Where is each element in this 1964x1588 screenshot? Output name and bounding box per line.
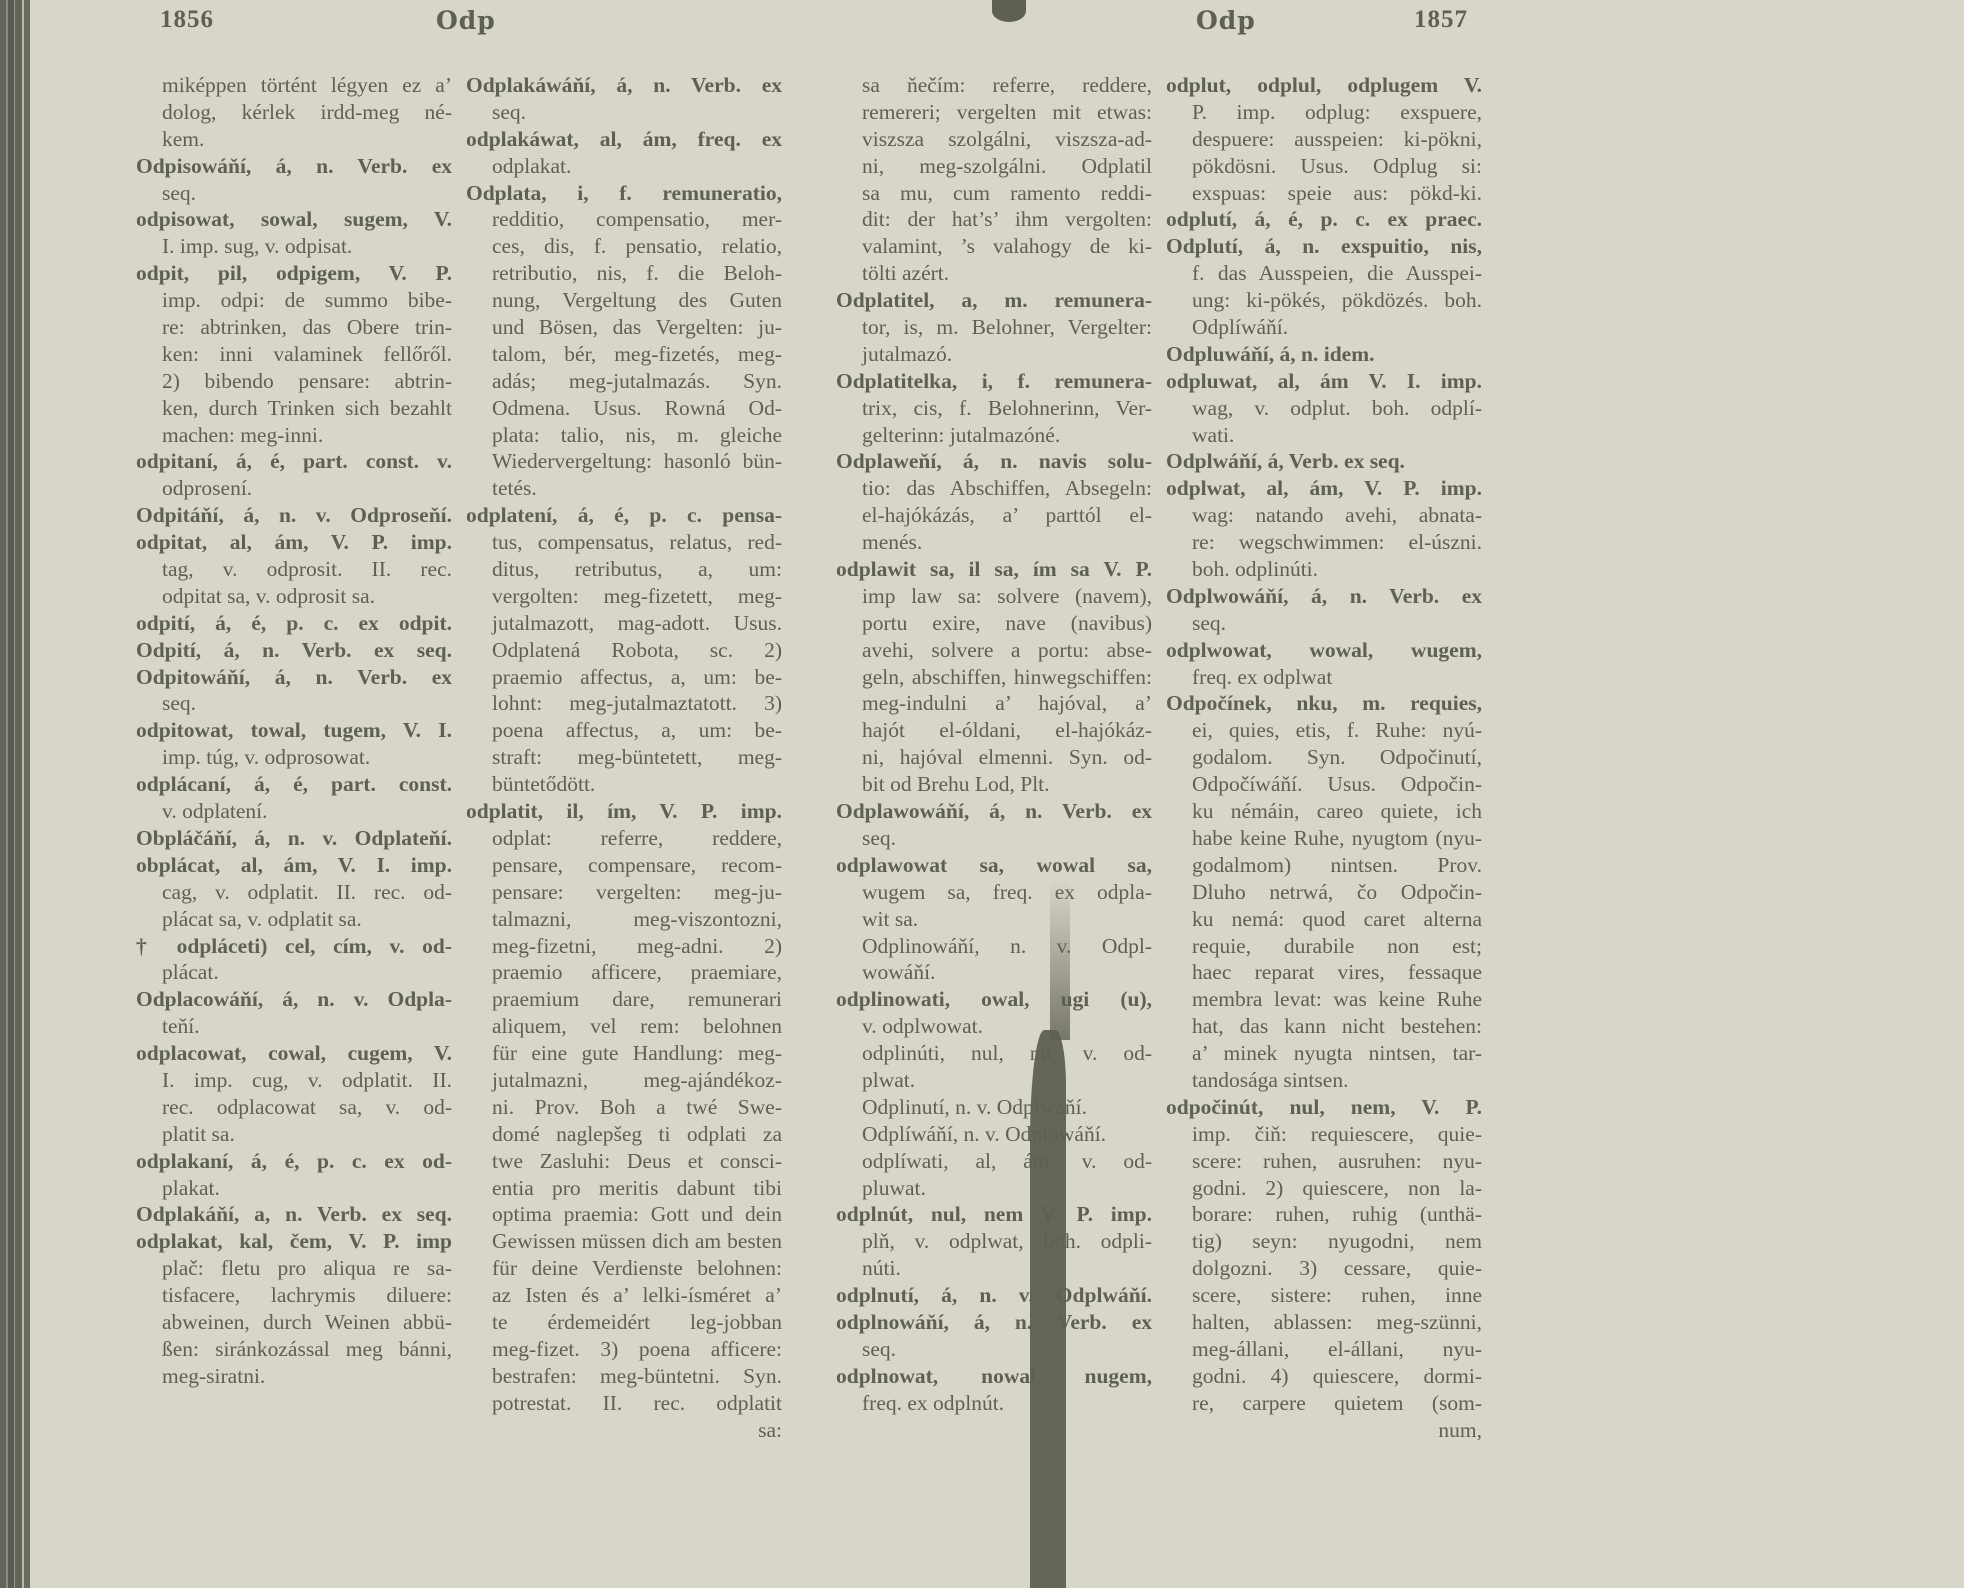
- dictionary-headword-line: odplwowat, wowal, wugem,: [1166, 637, 1482, 664]
- dictionary-text-line: imp. odpi: de summo bibe-: [136, 287, 452, 314]
- dictionary-text-line: Dluho netrwá, čo Odpočin-: [1166, 879, 1482, 906]
- dictionary-text-line: ei, quies, etis, f. Ruhe: nyú-: [1166, 717, 1482, 744]
- dictionary-text-line: tag, v. odprosit. II. rec.: [136, 556, 452, 583]
- dictionary-text-line: membra levat: was keine Ruhe: [1166, 986, 1482, 1013]
- dictionary-text-line: praemio afficere, praemiare,: [466, 959, 782, 986]
- dictionary-text-line: gelterinn: jutalmazóné.: [836, 422, 1152, 449]
- dictionary-text-line: plač: fletu pro aliqua re sa-: [136, 1255, 452, 1282]
- dictionary-text-line: Odplíwáňí, n. v. Odpluwáňí.: [836, 1121, 1152, 1148]
- dictionary-text-line: valamint, ’s valahogy de ki-: [836, 233, 1152, 260]
- dictionary-text-line: potrestat. II. rec. odplatit: [466, 1390, 782, 1417]
- dictionary-text-line: viszsza szolgálni, viszsza-ad-: [836, 126, 1152, 153]
- dictionary-text-line: el-hajókázás, a’ parttól el-: [836, 502, 1152, 529]
- dictionary-text-line: rec. odplacowat sa, v. od-: [136, 1094, 452, 1121]
- dictionary-text-line: I. imp. sug, v. odpisat.: [136, 233, 452, 260]
- dictionary-text-line: boh. odplinúti.: [1166, 556, 1482, 583]
- dictionary-text-line: borare: ruhen, ruhig (unthä-: [1166, 1201, 1482, 1228]
- dictionary-headword-line: odplnowat, nowal, nugem,: [836, 1363, 1152, 1390]
- dictionary-text-line: núti.: [836, 1255, 1152, 1282]
- dictionary-text-line: Odplinowáňí, n. v. Odpl-: [836, 933, 1152, 960]
- dictionary-headword-line: odpit, pil, odpigem, V. P.: [136, 260, 452, 287]
- dictionary-text-line: wugem sa, freq. ex odpla-: [836, 879, 1152, 906]
- dictionary-text-line: talmazni, meg-viszontozni,: [466, 906, 782, 933]
- dictionary-text-line: ung: ki-pökés, pökdözés. boh.: [1166, 287, 1482, 314]
- dictionary-text-line: praemio affectus, a, um: be-: [466, 664, 782, 691]
- dictionary-text-line: hajót el-óldani, el-hajókáz-: [836, 717, 1152, 744]
- dictionary-text-line: ku némáin, careo quiete, ich: [1166, 798, 1482, 825]
- dictionary-text-line: domé naglepšeg ti odplati za: [466, 1121, 782, 1148]
- dictionary-text-line: seq.: [836, 825, 1152, 852]
- dictionary-text-line: büntetődött.: [466, 771, 782, 798]
- dictionary-text-line: wowáňí.: [836, 959, 1152, 986]
- dictionary-text-line: az Isten és a’ lelki-ísméret a’: [466, 1282, 782, 1309]
- dictionary-headword-line: odplatení, á, é, p. c. pensa-: [466, 502, 782, 529]
- dictionary-headword-line: odplutí, á, é, p. c. ex praec.: [1166, 206, 1482, 233]
- dictionary-text-line: miképpen történt légyen ez a’: [136, 72, 452, 99]
- dictionary-headword-line: Odplatitel, a, m. remunera-: [836, 287, 1152, 314]
- dictionary-text-line: dit: der hat’s’ ihm vergolten:: [836, 206, 1152, 233]
- dictionary-text-line: Odpočíwáňí. Usus. Odpočin-: [1166, 771, 1482, 798]
- dictionary-headword-line: odplwat, al, ám, V. P. imp.: [1166, 475, 1482, 502]
- dictionary-text-line: twe Zasluhi: Deus et consci-: [466, 1148, 782, 1175]
- dictionary-text-line: tandosága sintsen.: [1166, 1067, 1482, 1094]
- dictionary-text-line: godni. 4) quiescere, dormi-: [1166, 1363, 1482, 1390]
- book-binding-edge: [0, 0, 30, 1588]
- dictionary-text-line: redditio, compensatio, mer-: [466, 206, 782, 233]
- dictionary-text-line: jutalmazó.: [836, 341, 1152, 368]
- dictionary-text-line: a’ minek nyugta nintsen, tar-: [1166, 1040, 1482, 1067]
- dictionary-text-line: scere, sistere: ruhen, inne: [1166, 1282, 1482, 1309]
- dictionary-text-line: sa ňečím: referre, reddere,: [836, 72, 1152, 99]
- dictionary-headword-line: odplakaní, á, é, p. c. ex od-: [136, 1148, 452, 1175]
- dictionary-text-line: imp. čiň: requiescere, quie-: [1166, 1121, 1482, 1148]
- dictionary-headword-line: Odplwáňí, á, Verb. ex seq.: [1166, 448, 1482, 475]
- dictionary-text-line: tio: das Abschiffen, Absegeln:: [836, 475, 1152, 502]
- dictionary-text-line: plň, v. odplwat, boh. odpli-: [836, 1228, 1152, 1255]
- dictionary-headword-line: odpisowat, sowal, sugem, V.: [136, 206, 452, 233]
- dictionary-text-line: Odplíwáňí.: [1166, 314, 1482, 341]
- text-column-2: Odplakáwáňí, á, n. Verb. exseq.odplakáwa…: [466, 72, 782, 1443]
- dictionary-text-line: abweinen, durch Weinen abbü-: [136, 1309, 452, 1336]
- dictionary-headword-line: Odplatitelka, i, f. remunera-: [836, 368, 1152, 395]
- dictionary-headword-line: Odplata, i, f. remuneratio,: [466, 180, 782, 207]
- dictionary-headword-line: odpití, á, é, p. c. ex odpit.: [136, 610, 452, 637]
- dictionary-text-line: tor, is, m. Belohner, Vergelter:: [836, 314, 1152, 341]
- dictionary-text-line: tus, compensatus, relatus, red-: [466, 529, 782, 556]
- dictionary-headword-line: odpitaní, á, é, part. const. v.: [136, 448, 452, 475]
- dictionary-text-line: requie, durabile non est;: [1166, 933, 1482, 960]
- dictionary-text-line: wati.: [1166, 422, 1482, 449]
- dictionary-text-line: plácat.: [136, 959, 452, 986]
- dictionary-text-line: haec reparat vires, fessaque: [1166, 959, 1482, 986]
- dictionary-text-line: seq.: [466, 99, 782, 126]
- dictionary-headword-line: odplinowati, owal, ugi (u),: [836, 986, 1152, 1013]
- dictionary-headword-line: odpluwat, al, ám V. I. imp.: [1166, 368, 1482, 395]
- dictionary-text-line: retributio, nis, f. die Beloh-: [466, 260, 782, 287]
- dictionary-text-line: odpitat sa, v. odprosit sa.: [136, 583, 452, 610]
- page-number-left: 1856: [160, 6, 214, 34]
- dictionary-headword-line: Odpočínek, nku, m. requies,: [1166, 690, 1482, 717]
- dictionary-text-line: ßen: siránkozással meg bánni,: [136, 1336, 452, 1363]
- dictionary-headword-line: Odpitowáňí, á, n. Verb. ex: [136, 664, 452, 691]
- dictionary-headword-line: Odplawowáňí, á, n. Verb. ex: [836, 798, 1152, 825]
- dictionary-headword-line: odpitowat, towal, tugem, V. I.: [136, 717, 452, 744]
- dictionary-text-line: Odplinutí, n. v. Odplwáňí.: [836, 1094, 1152, 1121]
- dictionary-text-line: lohnt: meg-jutalmaztatott. 3): [466, 690, 782, 717]
- dictionary-text-line: f. das Ausspeien, die Ausspei-: [1166, 260, 1482, 287]
- dictionary-headword-line: odplatit, il, ím, V. P. imp.: [466, 798, 782, 825]
- dictionary-text-line: P. imp. odplug: exspuere,: [1166, 99, 1482, 126]
- dictionary-text-line: meg-indulni a’ hajóval, a’: [836, 690, 1152, 717]
- dictionary-headword-line: Odplaweňí, á, n. navis solu-: [836, 448, 1152, 475]
- dictionary-text-line: habe keine Ruhe, nyugtom (nyu-: [1166, 825, 1482, 852]
- dictionary-headword-line: Odpisowáňí, á, n. Verb. ex: [136, 153, 452, 180]
- text-column-3: sa ňečím: referre, reddere,remereri; ver…: [836, 72, 1152, 1417]
- dictionary-text-line: adás; meg-jutalmazás. Syn.: [466, 368, 782, 395]
- dictionary-text-line: praemium dare, remunerari: [466, 986, 782, 1013]
- dictionary-text-line: pensare, compensare, recom-: [466, 852, 782, 879]
- dictionary-text-line: seq.: [836, 1336, 1152, 1363]
- dictionary-headword-line: odplnowáňí, á, n. Verb. ex: [836, 1309, 1152, 1336]
- dictionary-headword-line: Odpití, á, n. Verb. ex seq.: [136, 637, 452, 664]
- dictionary-text-line: exspuas: speie aus: pökd-ki.: [1166, 180, 1482, 207]
- dictionary-text-line: wag: natando avehi, abnata-: [1166, 502, 1482, 529]
- dictionary-text-line: pökdösni. Usus. Odplug si:: [1166, 153, 1482, 180]
- dictionary-text-line: plácat sa, v. odplatit sa.: [136, 906, 452, 933]
- dictionary-text-line: halten, ablassen: meg-szünni,: [1166, 1309, 1482, 1336]
- text-column-1: miképpen történt légyen ez a’dolog, kérl…: [136, 72, 452, 1390]
- dictionary-text-line: kem.: [136, 126, 452, 153]
- dictionary-text-line: aliquem, vel rem: belohnen: [466, 1013, 782, 1040]
- dictionary-text-line: imp. túg, v. odprosowat.: [136, 744, 452, 771]
- dictionary-text-line: sa:: [466, 1417, 782, 1444]
- dictionary-text-line: bestrafen: meg-büntetni. Syn.: [466, 1363, 782, 1390]
- dictionary-text-line: bit od Brehu Lod, Plt.: [836, 771, 1152, 798]
- dictionary-text-line: plwat.: [836, 1067, 1152, 1094]
- dictionary-text-line: despuere: ausspeien: ki-pökni,: [1166, 126, 1482, 153]
- ink-blot: [992, 0, 1026, 22]
- dictionary-text-line: pluwat.: [836, 1175, 1152, 1202]
- dictionary-text-line: tölti azért.: [836, 260, 1152, 287]
- dictionary-text-line: talom, bér, meg-fizetés, meg-: [466, 341, 782, 368]
- dictionary-headword-line: Odplakáwáňí, á, n. Verb. ex: [466, 72, 782, 99]
- dictionary-text-line: 2) bibendo pensare: abtrin-: [136, 368, 452, 395]
- dictionary-text-line: portu exire, nave (navibus): [836, 610, 1152, 637]
- dictionary-headword-line: odplnút, nul, nem V. P. imp.: [836, 1201, 1152, 1228]
- dictionary-text-line: v. odplatení.: [136, 798, 452, 825]
- dictionary-text-line: tisfacere, lachrymis diluere:: [136, 1282, 452, 1309]
- dictionary-text-line: trix, cis, f. Belohnerinn, Ver-: [836, 395, 1152, 422]
- dictionary-text-line: odplíwati, al, ám, v. od-: [836, 1148, 1152, 1175]
- page-number-right: 1857: [1414, 6, 1468, 34]
- dictionary-text-line: Wiedervergeltung: hasonló bün-: [466, 448, 782, 475]
- dictionary-headword-line: Odplakáňí, a, n. Verb. ex seq.: [136, 1201, 452, 1228]
- dictionary-text-line: sa mu, cum ramento reddi-: [836, 180, 1152, 207]
- dictionary-text-line: meg-fizet. 3) poena afficere:: [466, 1336, 782, 1363]
- text-column-4: odplut, odplul, odplugem V.P. imp. odplu…: [1166, 72, 1482, 1443]
- dictionary-text-line: ku nemá: quod caret alterna: [1166, 906, 1482, 933]
- dictionary-text-line: für deine Verdienste belohnen:: [466, 1255, 782, 1282]
- dictionary-headword-line: Odplwowáňí, á, n. Verb. ex: [1166, 583, 1482, 610]
- dictionary-text-line: ken: inni valaminek fellőről.: [136, 341, 452, 368]
- dictionary-headword-line: odplakat, kal, čem, V. P. imp: [136, 1228, 452, 1255]
- dictionary-headword-line: Odplacowáňí, á, n. v. Odpla-: [136, 986, 452, 1013]
- dictionary-text-line: plakat.: [136, 1175, 452, 1202]
- running-head-left: Odp: [436, 6, 496, 35]
- dictionary-text-line: Gewissen müssen dich am besten: [466, 1228, 782, 1255]
- dictionary-text-line: menés.: [836, 529, 1152, 556]
- dictionary-text-line: nung, Vergeltung des Guten: [466, 287, 782, 314]
- dictionary-text-line: wit sa.: [836, 906, 1152, 933]
- dictionary-headword-line: odplakáwat, al, ám, freq. ex: [466, 126, 782, 153]
- dictionary-headword-line: odplnutí, á, n. v. Odplwáňí.: [836, 1282, 1152, 1309]
- dictionary-text-line: ni. Prov. Boh a twé Swe-: [466, 1094, 782, 1121]
- dictionary-text-line: remereri; vergelten mit etwas:: [836, 99, 1152, 126]
- dictionary-text-line: re: abtrinken, das Obere trin-: [136, 314, 452, 341]
- dictionary-text-line: Odmena. Usus. Rowná Od-: [466, 395, 782, 422]
- dictionary-text-line: odplakat.: [466, 153, 782, 180]
- dictionary-text-line: I. imp. cug, v. odplatit. II.: [136, 1067, 452, 1094]
- dictionary-text-line: ditus, retributus, a, um:: [466, 556, 782, 583]
- dictionary-text-line: freq. ex odplnút.: [836, 1390, 1152, 1417]
- dictionary-headword-line: odpočinút, nul, nem, V. P.: [1166, 1094, 1482, 1121]
- dictionary-text-line: odplinúti, nul, nu, v. od-: [836, 1040, 1152, 1067]
- dictionary-text-line: seq.: [136, 180, 452, 207]
- dictionary-text-line: jutalmazott, mag-adott. Usus.: [466, 610, 782, 637]
- dictionary-text-line: ni, meg-szolgálni. Odplatil: [836, 153, 1152, 180]
- dictionary-text-line: meg-állani, el-állani, nyu-: [1166, 1336, 1482, 1363]
- dictionary-text-line: pensare: vergelten: meg-ju-: [466, 879, 782, 906]
- dictionary-headword-line: obplácat, al, ám, V. I. imp.: [136, 852, 452, 879]
- dictionary-headword-line: Odpitáňí, á, n. v. Odproseňí.: [136, 502, 452, 529]
- dictionary-headword-line: Odplutí, á, n. exspuitio, nis,: [1166, 233, 1482, 260]
- dictionary-text-line: meg-fizetni, meg-adni. 2): [466, 933, 782, 960]
- dictionary-text-line: wag, v. odplut. boh. odplí-: [1166, 395, 1482, 422]
- dictionary-text-line: meg-siratni.: [136, 1363, 452, 1390]
- dictionary-text-line: ces, dis, f. pensatio, relatio,: [466, 233, 782, 260]
- dictionary-text-line: für eine gute Handlung: meg-: [466, 1040, 782, 1067]
- dictionary-text-line: hat, das kann nicht bestehen:: [1166, 1013, 1482, 1040]
- dictionary-text-line: jutalmazni, meg-ajándékoz-: [466, 1067, 782, 1094]
- dictionary-text-line: und Bösen, das Vergelten: ju-: [466, 314, 782, 341]
- running-head-right: Odp: [1196, 6, 1256, 35]
- dictionary-text-line: geln, abschiffen, hinwegschiffen:: [836, 664, 1152, 691]
- dictionary-headword-line: odplut, odplul, odplugem V.: [1166, 72, 1482, 99]
- dictionary-headword-line: odplawowat sa, wowal sa,: [836, 852, 1152, 879]
- dictionary-text-line: tig) seyn: nyugodni, nem: [1166, 1228, 1482, 1255]
- dictionary-text-line: poena affectus, a, um: be-: [466, 717, 782, 744]
- dictionary-headword-line: odplácaní, á, é, part. const.: [136, 771, 452, 798]
- dictionary-text-line: godalmom) nintsen. Prov.: [1166, 852, 1482, 879]
- dictionary-text-line: godalom. Syn. Odpočinutí,: [1166, 744, 1482, 771]
- dictionary-text-line: v. odplwowat.: [836, 1013, 1152, 1040]
- dictionary-text-line: godni. 2) quiescere, non la-: [1166, 1175, 1482, 1202]
- dictionary-text-line: optima praemia: Gott und dein: [466, 1201, 782, 1228]
- dictionary-headword-line: Obpláčáňí, á, n. v. Odplateňí.: [136, 825, 452, 852]
- dictionary-text-line: Odplatená Robota, sc. 2): [466, 637, 782, 664]
- dictionary-text-line: cag, v. odplatit. II. rec. od-: [136, 879, 452, 906]
- dictionary-text-line: seq.: [136, 690, 452, 717]
- dictionary-text-line: imp law sa: solvere (navem),: [836, 583, 1152, 610]
- dictionary-text-line: plata: talio, nis, m. gleiche: [466, 422, 782, 449]
- dictionary-text-line: dolgozni. 3) cessare, quie-: [1166, 1255, 1482, 1282]
- dictionary-text-line: num,: [1166, 1417, 1482, 1444]
- dictionary-text-line: re: wegschwimmen: el-úszni.: [1166, 529, 1482, 556]
- dictionary-headword-line: † odpláceti) cel, cím, v. od-: [136, 933, 452, 960]
- dictionary-headword-line: Odpluwáňí, á, n. idem.: [1166, 341, 1482, 368]
- dictionary-text-line: odprosení.: [136, 475, 452, 502]
- dictionary-text-line: odplat: referre, reddere,: [466, 825, 782, 852]
- dictionary-text-line: freq. ex odplwat: [1166, 664, 1482, 691]
- dictionary-text-line: teňí.: [136, 1013, 452, 1040]
- dictionary-text-line: vergolten: meg-fizetett, meg-: [466, 583, 782, 610]
- dictionary-text-line: te érdemeidért leg-jobban: [466, 1309, 782, 1336]
- dictionary-headword-line: odpitat, al, ám, V. P. imp.: [136, 529, 452, 556]
- dictionary-text-line: seq.: [1166, 610, 1482, 637]
- dictionary-text-line: ni, hajóval elmenni. Syn. od-: [836, 744, 1152, 771]
- dictionary-text-line: straft: meg-büntetett, meg-: [466, 744, 782, 771]
- dictionary-text-line: scere: ruhen, ausruhen: nyu-: [1166, 1148, 1482, 1175]
- dictionary-text-line: machen: meg-inni.: [136, 422, 452, 449]
- dictionary-text-line: re, carpere quietem (som-: [1166, 1390, 1482, 1417]
- dictionary-text-line: tetés.: [466, 475, 782, 502]
- dictionary-text-line: dolog, kérlek irdd-meg né-: [136, 99, 452, 126]
- dictionary-headword-line: odplacowat, cowal, cugem, V.: [136, 1040, 452, 1067]
- dictionary-headword-line: odplawit sa, il sa, ím sa V. P.: [836, 556, 1152, 583]
- dictionary-text-line: avehi, solvere a portu: abse-: [836, 637, 1152, 664]
- dictionary-text-line: platit sa.: [136, 1121, 452, 1148]
- dictionary-text-line: entia pro meritis dabunt tibi: [466, 1175, 782, 1202]
- dictionary-text-line: ken, durch Trinken sich bezahlt: [136, 395, 452, 422]
